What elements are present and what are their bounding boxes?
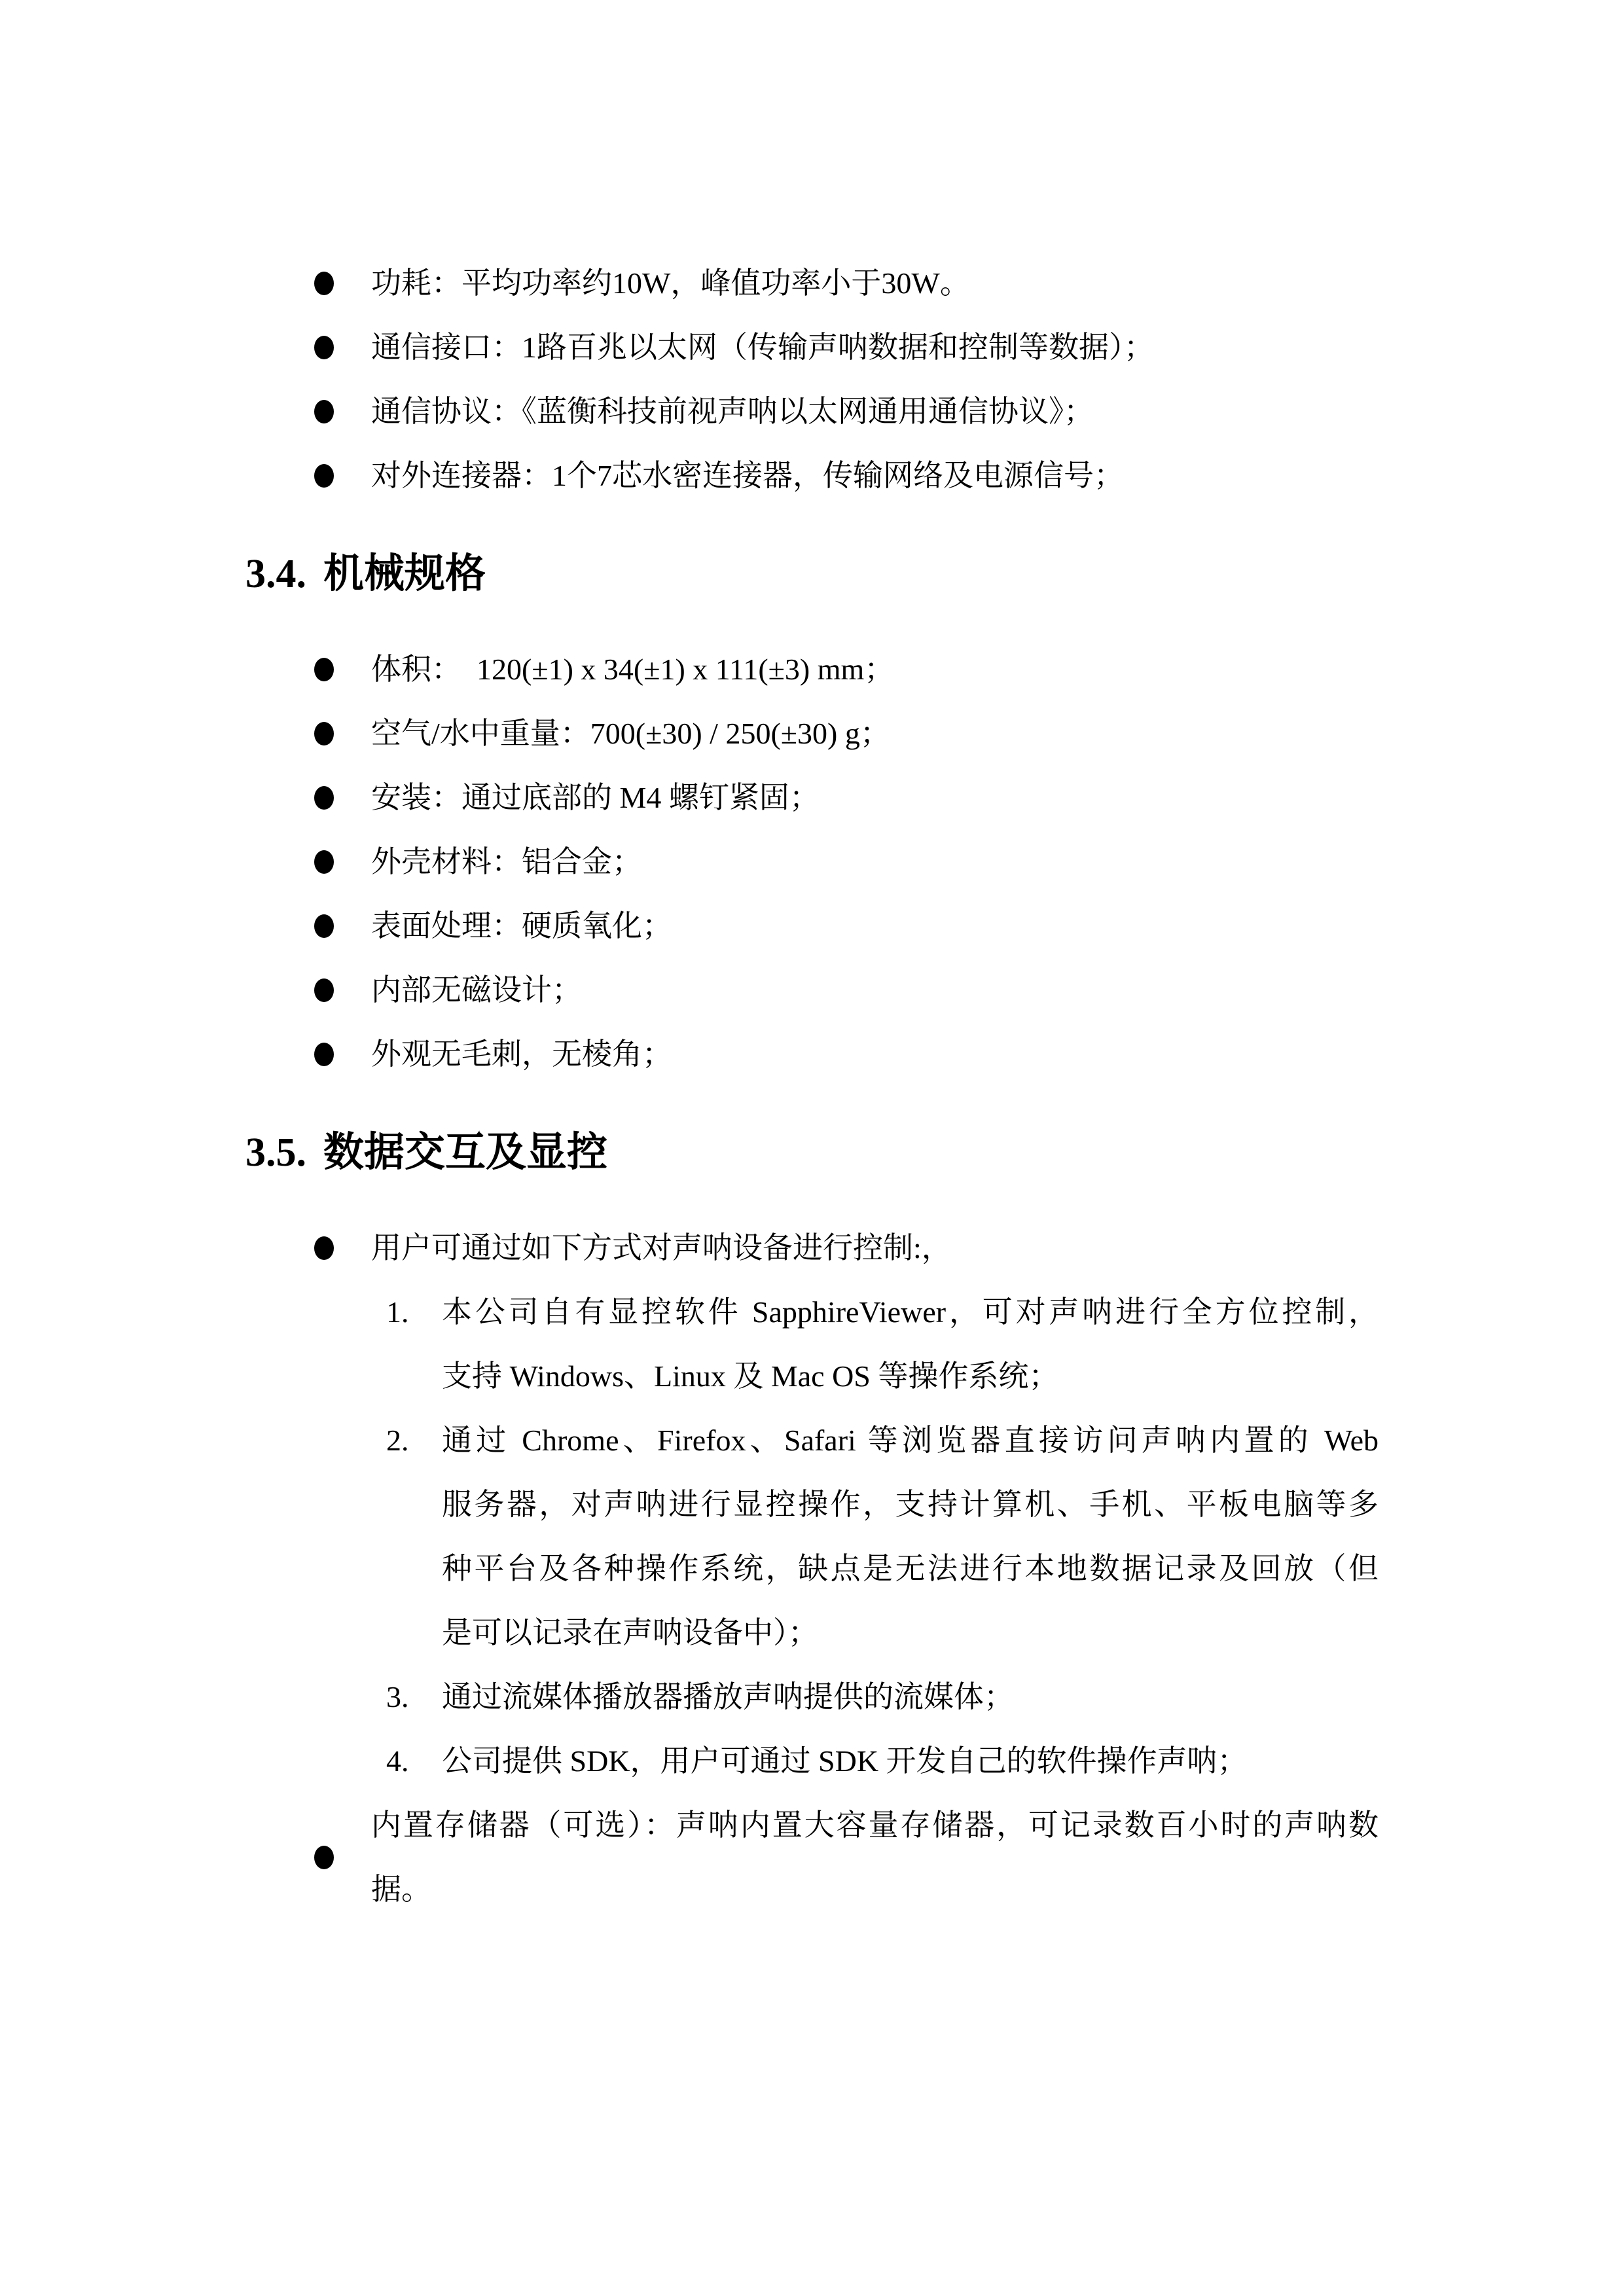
section-title: 机械规格 — [323, 552, 486, 596]
text-line: 内置存储器（可选）：声呐内置大容量存储器，可记录数百小时的声呐数 — [371, 1793, 1379, 1857]
text-line: 支持 Windows、Linux 及 Mac OS 等操作系统； — [442, 1344, 1379, 1408]
bullet-icon — [314, 315, 371, 380]
bullet-dot-icon — [314, 1236, 334, 1260]
list-item: 对外连接器：1个7芯水密连接器，传输网络及电源信号； — [245, 444, 1379, 508]
text-line: 是可以记录在声呐设备中）； — [442, 1601, 1379, 1665]
list-item: 外壳材料：铝合金； — [245, 830, 1379, 894]
numbered-item: 2. 通过 Chrome、Firefox、Safari 等浏览器直接访问声呐内置… — [245, 1408, 1379, 1665]
text-line: 通过 Chrome、Firefox、Safari 等浏览器直接访问声呐内置的 W… — [442, 1408, 1379, 1473]
list-item: 通信接口：1路百兆以太网（传输声呐数据和控制等数据）； — [245, 315, 1379, 380]
document-page: 功耗：平均功率约10W，峰值功率小于30W。 通信接口：1路百兆以太网（传输声呐… — [0, 0, 1624, 2296]
list-item: 外观无毛刺，无棱角； — [245, 1022, 1379, 1086]
list-item-text: 对外连接器：1个7芯水密连接器，传输网络及电源信号； — [371, 444, 1379, 508]
control-section: 用户可通过如下方式对声呐设备进行控制:， 1. 本公司自有显控软件 Sapphi… — [245, 1216, 1379, 1922]
text-line: 服务器，对声呐进行显控操作，支持计算机、手机、平板电脑等多 — [442, 1473, 1379, 1537]
list-item-text: 外观无毛刺，无棱角； — [371, 1022, 1379, 1086]
list-item: 功耗：平均功率约10W，峰值功率小于30W。 — [245, 251, 1379, 315]
bullet-icon — [314, 702, 371, 766]
list-item-text: 用户可通过如下方式对声呐设备进行控制:， — [371, 1216, 1379, 1280]
item-text: 公司提供 SDK，用户可通过 SDK 开发自己的软件操作声呐； — [442, 1729, 1379, 1793]
bullet-icon — [314, 637, 371, 702]
item-text: 本公司自有显控软件 SapphireViewer，可对声呐进行全方位控制， 支持… — [442, 1280, 1379, 1408]
list-item: 通信协议：《蓝衡科技前视声呐以太网通用通信协议》； — [245, 380, 1379, 444]
bullet-icon — [314, 1216, 371, 1280]
section-heading-3-5: 3.5.数据交互及显控 — [245, 1118, 1379, 1187]
bullet-icon — [314, 251, 371, 315]
item-text: 通过 Chrome、Firefox、Safari 等浏览器直接访问声呐内置的 W… — [442, 1408, 1379, 1665]
item-number: 4. — [386, 1729, 442, 1793]
list-item-text: 通信协议：《蓝衡科技前视声呐以太网通用通信协议》； — [371, 380, 1379, 444]
bullet-dot-icon — [314, 464, 334, 488]
list-item-text: 空气/水中重量：700(±30) / 250(±30) g； — [371, 702, 1379, 766]
bullet-dot-icon — [314, 272, 334, 295]
item-number: 2. — [386, 1408, 442, 1665]
list-item-text: 外壳材料：铝合金； — [371, 830, 1379, 894]
list-item-text: 安装：通过底部的 M4 螺钉紧固； — [371, 766, 1379, 830]
bullet-dot-icon — [314, 914, 334, 938]
bullet-dot-icon — [314, 336, 334, 359]
comm-spec-list: 功耗：平均功率约10W，峰值功率小于30W。 通信接口：1路百兆以太网（传输声呐… — [245, 251, 1379, 508]
bullet-icon — [314, 766, 371, 830]
item-text: 通过流媒体播放器播放声呐提供的流媒体； — [442, 1665, 1379, 1729]
numbered-item: 4. 公司提供 SDK，用户可通过 SDK 开发自己的软件操作声呐； — [245, 1729, 1379, 1793]
bullet-dot-icon — [314, 1846, 334, 1869]
section-number: 3.5. — [245, 1130, 306, 1175]
list-item-text: 体积： 120(±1) x 34(±1) x 111(±3) mm； — [371, 637, 1379, 702]
list-item: 用户可通过如下方式对声呐设备进行控制:， — [245, 1216, 1379, 1280]
text-line: 公司提供 SDK，用户可通过 SDK 开发自己的软件操作声呐； — [442, 1729, 1379, 1793]
list-item: 表面处理：硬质氧化； — [245, 894, 1379, 958]
bullet-icon — [314, 380, 371, 444]
section-number: 3.4. — [245, 552, 306, 596]
list-item: 安装：通过底部的 M4 螺钉紧固； — [245, 766, 1379, 830]
text-line: 通过流媒体播放器播放声呐提供的流媒体； — [442, 1665, 1379, 1729]
list-item-text: 内部无磁设计； — [371, 958, 1379, 1022]
bullet-icon — [314, 1022, 371, 1086]
list-item-text: 功耗：平均功率约10W，峰值功率小于30W。 — [371, 251, 1379, 315]
bullet-dot-icon — [314, 978, 334, 1002]
list-item: 内部无磁设计； — [245, 958, 1379, 1022]
bullet-icon — [314, 830, 371, 894]
bullet-dot-icon — [314, 722, 334, 745]
list-item-text: 表面处理：硬质氧化； — [371, 894, 1379, 958]
text-line: 本公司自有显控软件 SapphireViewer，可对声呐进行全方位控制， — [442, 1280, 1379, 1344]
item-text: 内置存储器（可选）：声呐内置大容量存储器，可记录数百小时的声呐数 据。 — [371, 1793, 1379, 1922]
bullet-dot-icon — [314, 400, 334, 423]
list-item: 内置存储器（可选）：声呐内置大容量存储器，可记录数百小时的声呐数 据。 — [245, 1793, 1379, 1922]
text-line: 种平台及各种操作系统，缺点是无法进行本地数据记录及回放（但 — [442, 1537, 1379, 1601]
bullet-dot-icon — [314, 658, 334, 681]
numbered-item: 1. 本公司自有显控软件 SapphireViewer，可对声呐进行全方位控制，… — [245, 1280, 1379, 1408]
list-item-text: 通信接口：1路百兆以太网（传输声呐数据和控制等数据）； — [371, 315, 1379, 380]
bullet-icon — [314, 1793, 371, 1922]
item-number: 1. — [386, 1280, 442, 1408]
list-item: 空气/水中重量：700(±30) / 250(±30) g； — [245, 702, 1379, 766]
section-heading-3-4: 3.4.机械规格 — [245, 539, 1379, 609]
bullet-dot-icon — [314, 850, 334, 874]
bullet-dot-icon — [314, 1043, 334, 1066]
text-line: 据。 — [371, 1857, 1379, 1922]
bullet-icon — [314, 894, 371, 958]
numbered-item: 3. 通过流媒体播放器播放声呐提供的流媒体； — [245, 1665, 1379, 1729]
item-number: 3. — [386, 1665, 442, 1729]
mech-spec-list: 体积： 120(±1) x 34(±1) x 111(±3) mm； 空气/水中… — [245, 637, 1379, 1086]
list-item: 体积： 120(±1) x 34(±1) x 111(±3) mm； — [245, 637, 1379, 702]
bullet-icon — [314, 444, 371, 508]
section-title: 数据交互及显控 — [323, 1130, 607, 1175]
bullet-dot-icon — [314, 786, 334, 810]
bullet-icon — [314, 958, 371, 1022]
